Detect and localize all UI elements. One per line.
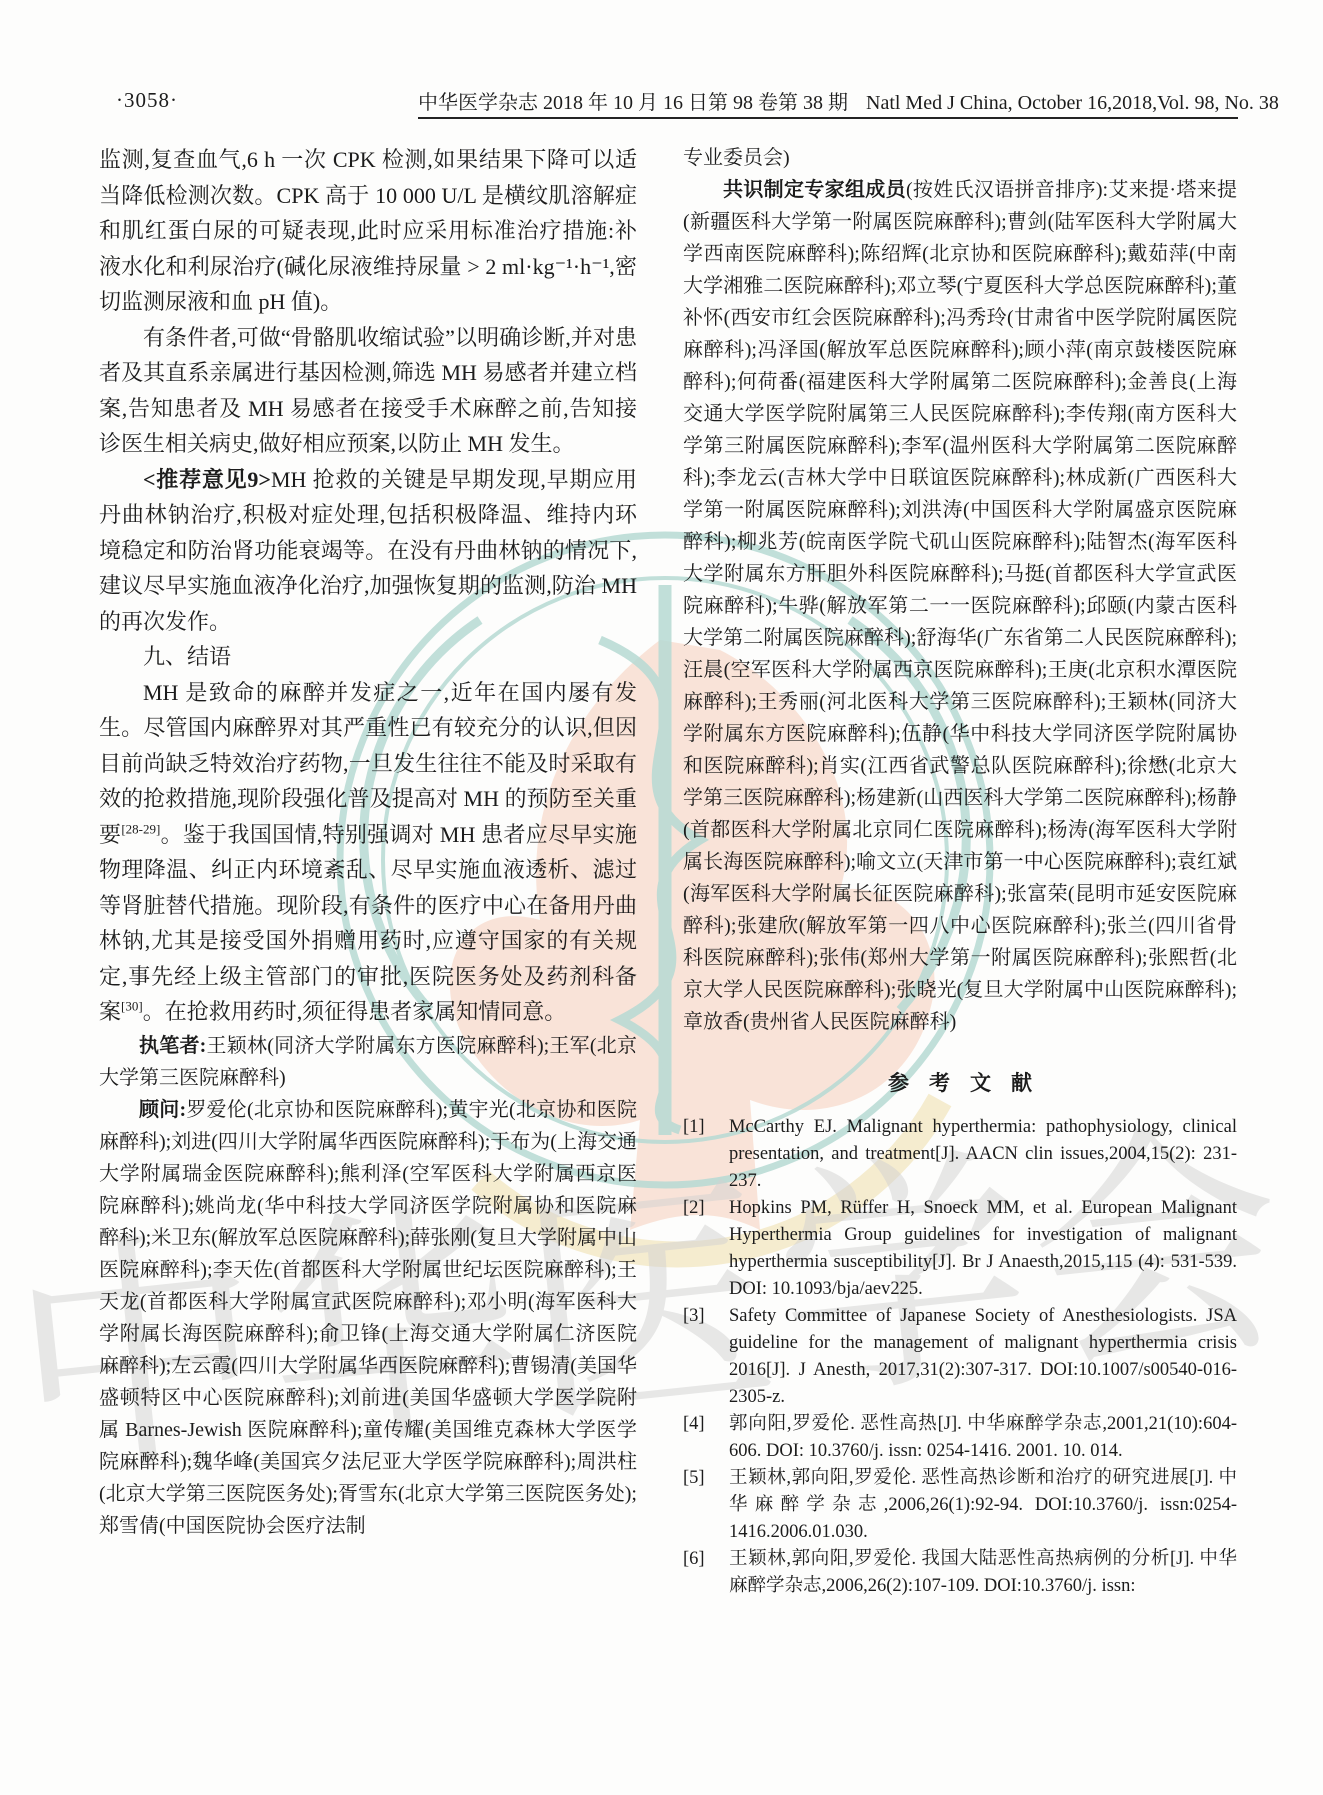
reference-text: Safety Committee of Japanese Society of …: [729, 1303, 1237, 1411]
reference-text: 郭向阳,罗爱伦. 恶性高热[J]. 中华麻醉学杂志,2001,21(10):60…: [729, 1411, 1237, 1465]
references-heading: 参考文献: [683, 1068, 1237, 1098]
reference-item-4: [4] 郭向阳,罗爱伦. 恶性高热[J]. 中华麻醉学杂志,2001,21(10…: [683, 1411, 1237, 1465]
reference-label: [3]: [683, 1303, 729, 1411]
citation-superscript-28-29: [28-29]: [121, 821, 160, 836]
recommendation-9-label: <推荐意见9>: [143, 467, 271, 492]
authors-label: 执笔者:: [139, 1035, 206, 1057]
reference-item-5: [5] 王颖林,郭向阳,罗爱伦. 恶性高热诊断和治疗的研究进展[J]. 中华麻醉…: [683, 1465, 1237, 1546]
reference-label: [5]: [683, 1465, 729, 1546]
reference-text: 王颖林,郭向阳,罗爱伦. 恶性高热诊断和治疗的研究进展[J]. 中华麻醉学杂志,…: [729, 1465, 1237, 1546]
consultants-text: 罗爱伦(北京协和医院麻醉科);黄宇光(北京协和医院麻醉科);刘进(四川大学附属华…: [99, 1099, 637, 1537]
body-paragraph-testing: 有条件者,可做“骨骼肌收缩试验”以明确诊断,并对患者及其直系亲属进行基因检测,筛…: [99, 320, 637, 462]
conclusion-paragraph: MH 是致命的麻醉并发症之一,近年在国内屡有发生。尽管国内麻醉界对其严重性已有较…: [99, 675, 637, 1030]
committee-continuation: 专业委员会): [683, 142, 1237, 174]
section-heading-conclusion: 九、结语: [99, 639, 637, 675]
expert-panel-note: 共识制定专家组成员(按姓氏汉语拼音排序):艾来提·塔来提(新疆医科大学第一附属医…: [683, 174, 1237, 1038]
conclusion-text-2: 。鉴于我国国情,特别强调对 MH 患者应尽早实施物理降温、纠正内环境紊乱、尽早实…: [99, 822, 637, 1025]
right-column: 专业委员会) 共识制定专家组成员(按姓氏汉语拼音排序):艾来提·塔来提(新疆医科…: [683, 142, 1237, 1600]
journal-title-en: Natl Med J China, October 16,2018,Vol. 9…: [866, 92, 1279, 114]
page-number: ·3058·: [116, 88, 178, 113]
conclusion-text-3: 。在抢救用药时,须征得患者家属知情同意。: [143, 999, 567, 1024]
reference-text: Hopkins PM, Rüffer H, Snoeck MM, et al. …: [729, 1195, 1237, 1303]
authors-note: 执笔者:王颖林(同济大学附属东方医院麻醉科);王军(北京大学第三医院麻醉科): [99, 1030, 637, 1094]
reference-label: [2]: [683, 1195, 729, 1303]
body-paragraph-monitoring: 监测,复查血气,6 h 一次 CPK 检测,如果结果下降可以适当降低检测次数。C…: [99, 142, 637, 320]
expert-panel-label: 共识制定专家组成员: [723, 179, 906, 201]
reference-text: 王颖林,郭向阳,罗爱伦. 我国大陆恶性高热病例的分析[J]. 中华麻醉学杂志,2…: [729, 1546, 1237, 1600]
consultants-note: 顾问:罗爱伦(北京协和医院麻醉科);黄宇光(北京协和医院麻醉科);刘进(四川大学…: [99, 1094, 637, 1542]
reference-item-6: [6] 王颖林,郭向阳,罗爱伦. 我国大陆恶性高热病例的分析[J]. 中华麻醉学…: [683, 1546, 1237, 1600]
journal-masthead: 中华医学杂志 2018 年 10 月 16 日第 98 卷第 38 期Natl …: [418, 86, 1238, 115]
reference-label: [6]: [683, 1546, 729, 1600]
journal-title-cn: 中华医学杂志 2018 年 10 月 16 日第 98 卷第 38 期: [418, 92, 848, 114]
reference-item-1: [1] McCarthy EJ. Malignant hyperthermia:…: [683, 1114, 1237, 1195]
reference-item-3: [3] Safety Committee of Japanese Society…: [683, 1303, 1237, 1411]
journal-page: 中华医学会 ·3058· 中华医学杂志 2018 年 10 月 16 日第 98…: [0, 0, 1323, 1795]
reference-item-2: [2] Hopkins PM, Rüffer H, Snoeck MM, et …: [683, 1195, 1237, 1303]
citation-superscript-30: [30]: [121, 999, 143, 1014]
header-rule: [418, 117, 1238, 119]
reference-text: McCarthy EJ. Malignant hyperthermia: pat…: [729, 1114, 1237, 1195]
reference-label: [1]: [683, 1114, 729, 1195]
reference-label: [4]: [683, 1411, 729, 1465]
consultants-label: 顾问:: [139, 1099, 186, 1121]
recommendation-9: <推荐意见9>MH 抢救的关键是早期发现,早期应用丹曲林钠治疗,积极对症处理,包…: [99, 462, 637, 640]
expert-panel-text: (按姓氏汉语拼音排序):艾来提·塔来提(新疆医科大学第一附属医院麻醉科);曹剑(…: [683, 179, 1237, 1033]
left-column: 监测,复查血气,6 h 一次 CPK 检测,如果结果下降可以适当降低检测次数。C…: [99, 142, 637, 1542]
